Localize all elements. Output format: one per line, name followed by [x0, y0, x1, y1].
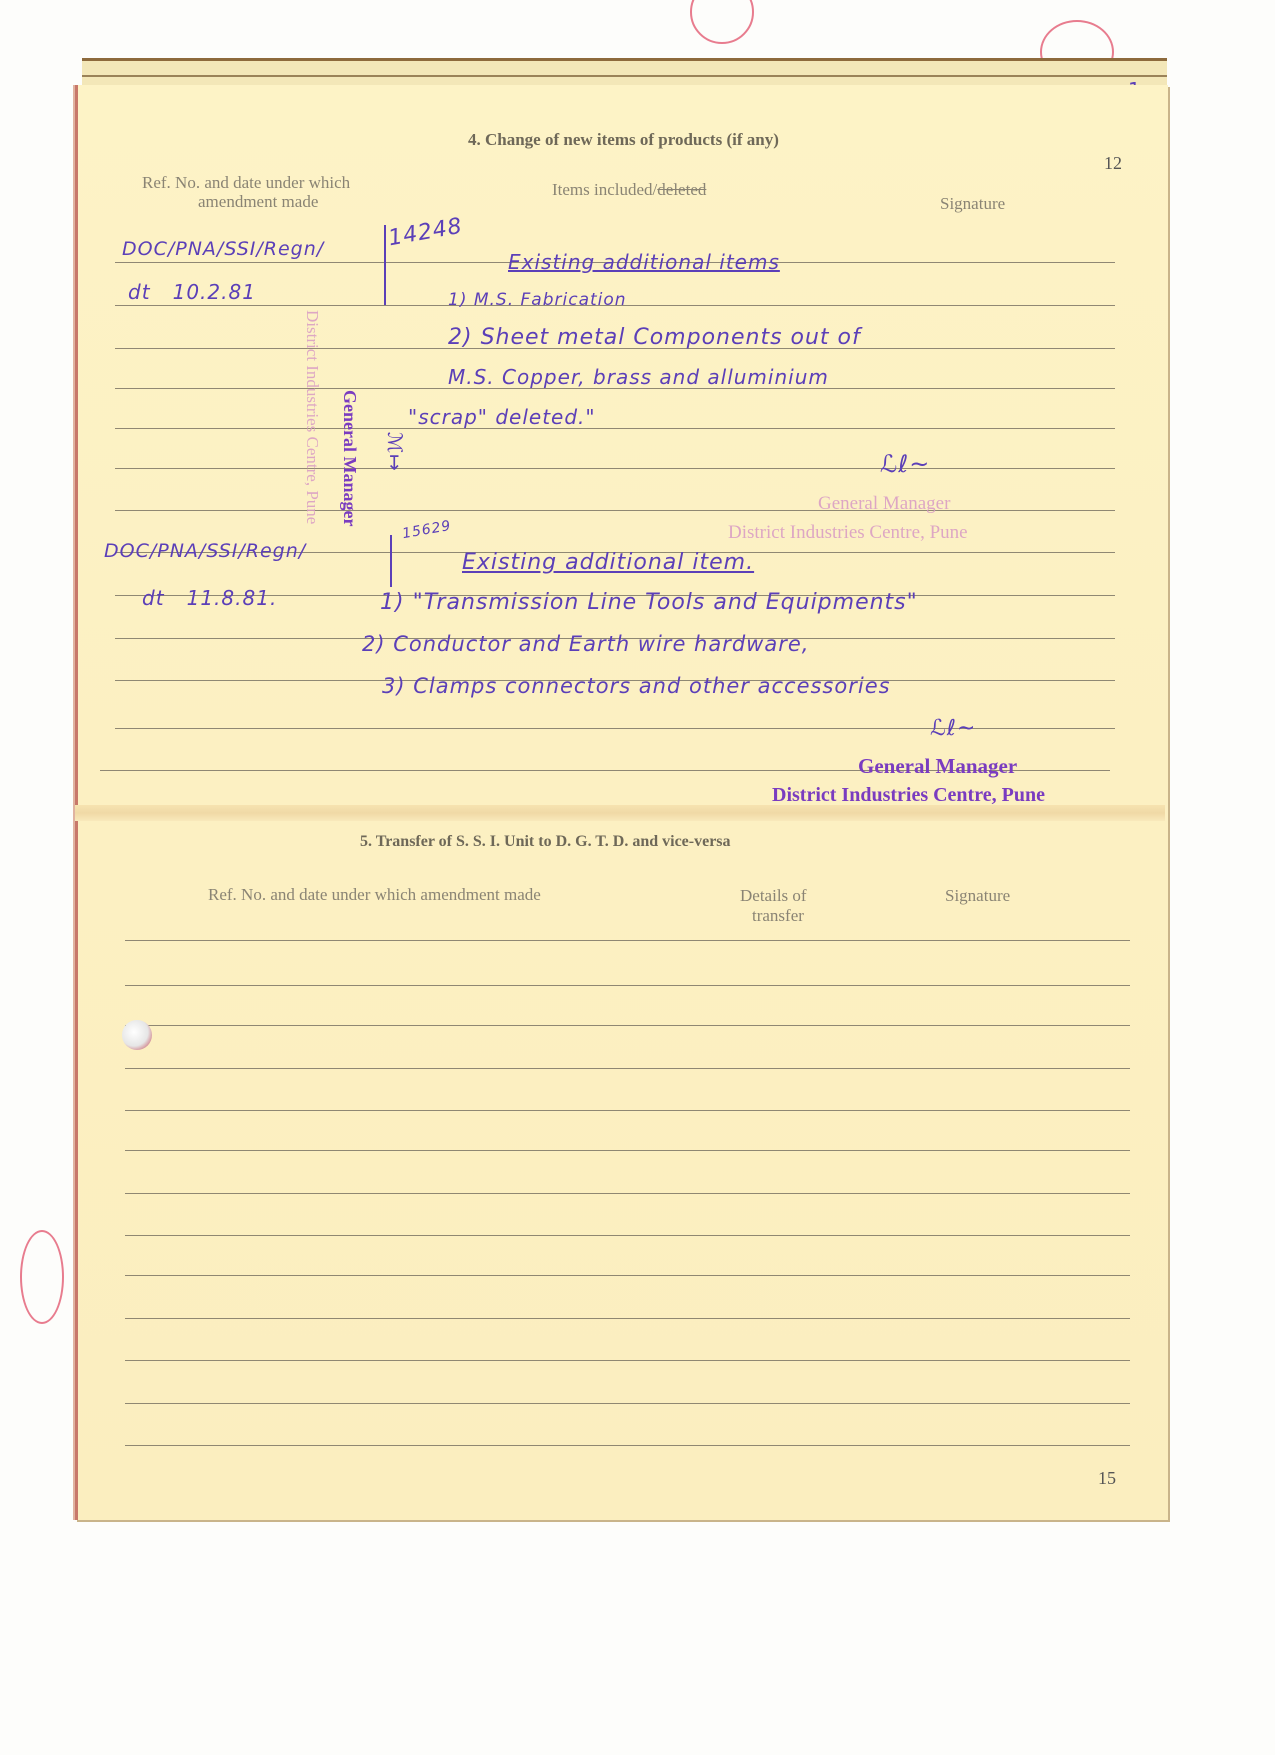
vertical-stamp-office: District Industries Centre, Pune — [302, 310, 322, 524]
entry2-ref: DOC/PNA/SSI/Regn/ — [104, 540, 306, 562]
entry1-date: dt 10.2.81 — [128, 280, 256, 304]
s5-col-details-header-line2: transfer — [752, 906, 804, 926]
ruled-line — [115, 510, 1115, 511]
top-page-number: 12 — [1104, 153, 1122, 174]
ruled-line — [125, 1403, 1130, 1404]
entry2-date: dt 11.8.81. — [142, 586, 277, 610]
section5-title: 5. Transfer of S. S. I. Unit to D. G. T.… — [360, 833, 731, 851]
red-thread — [20, 1230, 64, 1324]
ruled-line — [125, 1360, 1130, 1361]
entry2-signature: ℒℓ~ — [930, 716, 976, 741]
ruled-line — [125, 1150, 1130, 1151]
vertical-stamp-title: General Manager — [339, 390, 360, 526]
entry2-stamp-title: General Manager — [858, 754, 1017, 779]
ruled-line — [125, 1318, 1130, 1319]
items-deleted-label: deleted — [657, 180, 706, 199]
ruled-line — [125, 1025, 1130, 1026]
entry1-line3: M.S. Copper, brass and alluminium — [448, 365, 829, 389]
ruled-line — [115, 428, 1115, 429]
s5-col-details-header: Details of — [740, 886, 807, 906]
entry1-heading: Existing additional items — [508, 250, 780, 274]
page-fold — [75, 805, 1165, 821]
items-included-label: Items included/ — [552, 180, 657, 199]
section4-title: 4. Change of new items of products (if a… — [468, 130, 779, 150]
entry1-signature: ℒℓ~ — [880, 450, 930, 478]
entry1-line1: 1) M.S. Fabrication — [448, 290, 627, 310]
entry1-stamp-office: District Industries Centre, Pune — [728, 522, 968, 544]
s5-col-signature-header: Signature — [945, 886, 1010, 906]
ruled-line — [125, 940, 1130, 941]
col-items-header: Items included/deleted — [552, 180, 706, 200]
col-ref-header: Ref. No. and date under which — [142, 173, 350, 193]
col-signature-header: Signature — [940, 194, 1005, 214]
entry1-bracket — [384, 225, 386, 305]
entry1-stamp-title: General Manager — [818, 493, 950, 515]
ruled-line — [125, 1275, 1130, 1276]
ruled-line — [125, 1235, 1130, 1236]
entry2-heading: Existing additional item. — [462, 550, 754, 575]
ruled-line — [125, 1445, 1130, 1446]
ruled-line — [125, 1068, 1130, 1069]
entry1-ref: DOC/PNA/SSI/Regn/ — [122, 238, 324, 260]
entry2-line1: 1) "Transmission Line Tools and Equipmen… — [380, 590, 918, 615]
page-edge-line — [82, 75, 1167, 77]
ruled-line — [125, 985, 1130, 986]
ruled-line — [115, 468, 1115, 469]
ruled-line — [125, 1110, 1130, 1111]
punch-hole — [122, 1020, 152, 1050]
bottom-page-number: 15 — [1098, 1468, 1116, 1489]
initials-mark: ℳ↦ — [383, 432, 407, 472]
red-thread — [690, 0, 754, 44]
s5-col-ref-header: Ref. No. and date under which amendment … — [208, 885, 541, 905]
entry2-bracket — [390, 535, 392, 587]
col-ref-header-line2: amendment made — [198, 192, 318, 212]
entry2-line3: 3) Clamps connectors and other accessori… — [382, 674, 891, 698]
ruled-line — [125, 1193, 1130, 1194]
entry1-line2: 2) Sheet metal Components out of — [448, 325, 861, 350]
entry1-line4: "scrap" deleted." — [408, 405, 596, 429]
entry2-line2: 2) Conductor and Earth wire hardware, — [362, 632, 809, 656]
entry2-stamp-office: District Industries Centre, Pune — [772, 784, 1045, 807]
